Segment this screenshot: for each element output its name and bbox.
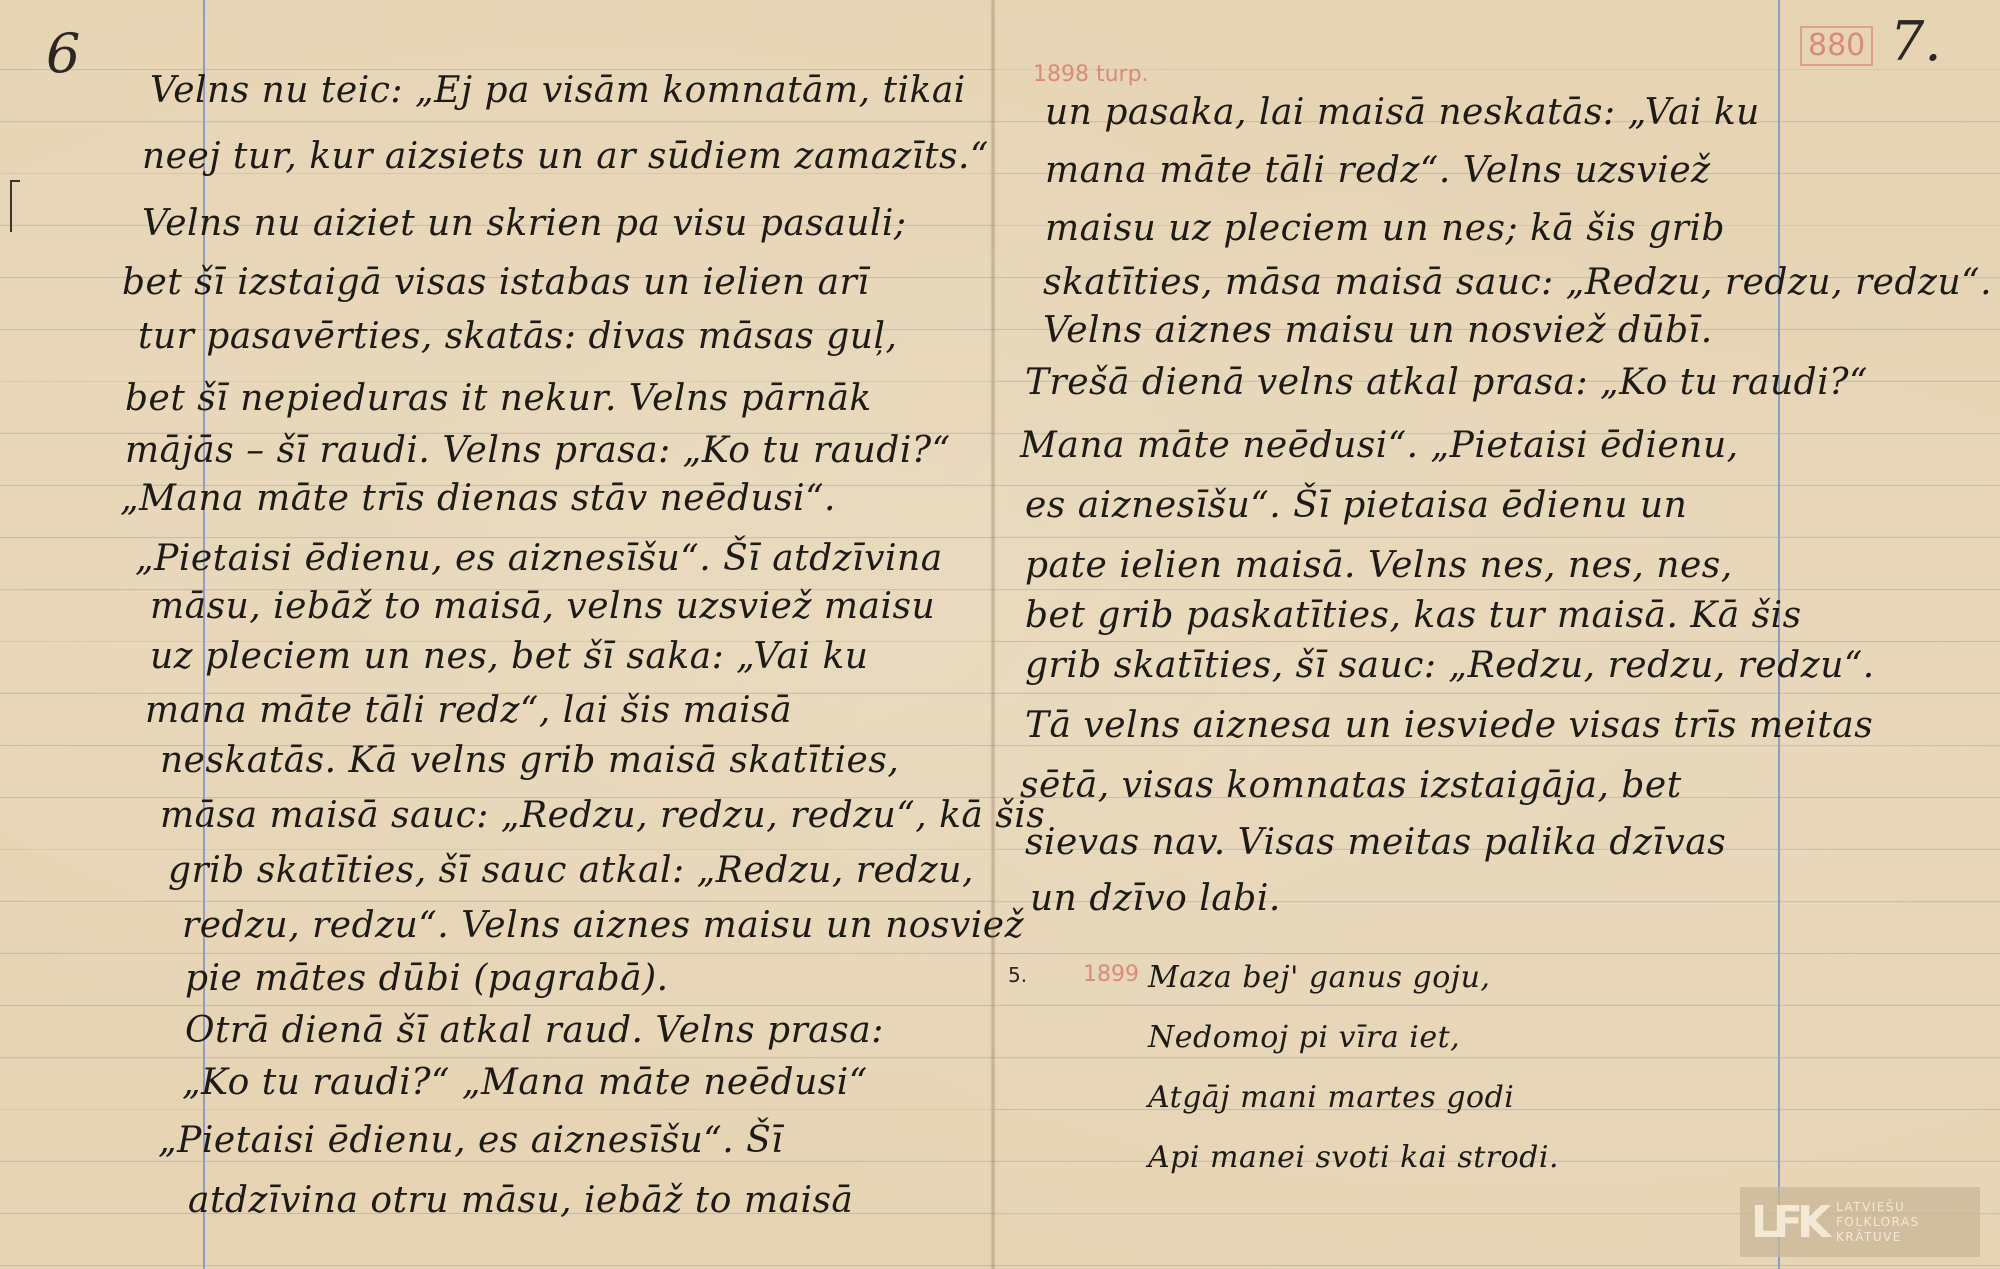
text-line: Velns aiznes maisu un nosviež dūbī. — [1043, 310, 1713, 351]
text-line: pie mātes dūbi (pagrabā). — [185, 958, 669, 999]
text-line: mana māte tāli redz“. Velns uzsviež — [1045, 150, 1711, 191]
watermark-line-3: KRĀTUVE — [1836, 1230, 1920, 1245]
text-line: neskatās. Kā velns grib maisā skatīties, — [160, 740, 899, 781]
text-line: un pasaka, lai maisā neskatās: „Vai ku — [1045, 92, 1760, 133]
watermark-text: LATVIEŠU FOLKLORAS KRĀTUVE — [1836, 1200, 1920, 1245]
text-line: Trešā dienā velns atkal prasa: „Ko tu ra… — [1025, 362, 1868, 403]
verse-line: Nedomoj pi vīra iet, — [1148, 1020, 1460, 1055]
manuscript-spread: 6 Velns nu teic: „Ej pa visām komnatām, … — [0, 0, 2000, 1269]
text-line: redzu, redzu“. Velns aiznes maisu un nos… — [182, 905, 1024, 946]
left-page: 6 Velns nu teic: „Ej pa visām komnatām, … — [0, 0, 995, 1269]
lfk-logo-icon: LFK — [1740, 1187, 1836, 1257]
verse-line: Atgāj mani martes godi — [1148, 1080, 1514, 1115]
text-line: „Ko tu raudi?“ „Mana māte neēdusi“ — [182, 1062, 868, 1103]
archive-number: 880 — [1800, 26, 1873, 66]
archive-watermark: LFK LATVIEŠU FOLKLORAS KRĀTUVE — [1740, 1187, 1980, 1257]
text-line: bet šī nepieduras it nekur. Velns pārnāk — [125, 378, 872, 419]
text-line: uz pleciem un nes, bet šī saka: „Vai ku — [150, 636, 868, 677]
right-page-number: 7. — [1890, 10, 1942, 73]
red-annotation-year: 1898 turp. — [1033, 62, 1149, 87]
text-line: Otrā dienā šī atkal raud. Velns prasa: — [185, 1010, 884, 1051]
text-line: Mana māte neēdusi“. „Pietaisi ēdienu, — [1020, 425, 1739, 466]
verse-line: Api manei svoti kai strodi. — [1148, 1140, 1559, 1175]
text-line: māsa maisā sauc: „Redzu, redzu, redzu“, … — [160, 795, 1045, 836]
text-line: un dzīvo labi. — [1030, 878, 1281, 919]
text-line: mājās – šī raudi. Velns prasa: „Ko tu ra… — [125, 430, 951, 471]
red-annotation-verse-year: 1899 — [1083, 962, 1139, 987]
text-line: māsu, iebāž to maisā, velns uzsviež mais… — [150, 586, 935, 627]
text-line: atdzīvina otru māsu, iebāž to maisā — [188, 1180, 853, 1221]
text-line: maisu uz pleciem un nes; kā šis grib — [1045, 208, 1725, 249]
verse-line: Maza bej' ganus goju, — [1148, 960, 1490, 995]
text-line: skatīties, māsa maisā sauc: „Redzu, redz… — [1043, 262, 1992, 303]
watermark-line-1: LATVIEŠU — [1836, 1200, 1920, 1215]
left-page-number: 6 — [46, 22, 80, 85]
bracket-mark — [10, 180, 20, 232]
text-line: grib skatīties, šī sauc: „Redzu, redzu, … — [1025, 645, 1875, 686]
text-line: „Mana māte trīs dienas stāv neēdusi“. — [120, 478, 836, 519]
watermark-line-2: FOLKLORAS — [1836, 1215, 1920, 1230]
text-line: neej tur, kur aizsiets un ar sūdiem zama… — [142, 136, 989, 177]
text-line: Velns nu aiziet un skrien pa visu pasaul… — [142, 203, 907, 244]
text-line: mana māte tāli redz“, lai šis maisā — [145, 690, 792, 731]
verse-item-number: 5. — [1008, 963, 1027, 987]
text-line: Tā velns aiznesa un iesviede visas trīs … — [1025, 705, 1873, 746]
text-line: tur pasavērties, skatās: divas māsas guļ… — [138, 316, 897, 357]
text-line: „Pietaisi ēdienu, es aiznesīšu“. Šī — [158, 1120, 783, 1161]
text-line: bet grib paskatīties, kas tur maisā. Kā … — [1025, 595, 1802, 636]
text-line: bet šī izstaigā visas istabas un ielien … — [122, 262, 869, 303]
text-line: grib skatīties, šī sauc atkal: „Redzu, r… — [168, 850, 974, 891]
right-page: 880 7. 1898 turp. un pasaka, lai maisā n… — [995, 0, 2000, 1269]
text-line: Velns nu teic: „Ej pa visām komnatām, ti… — [150, 70, 966, 111]
text-line: „Pietaisi ēdienu, es aiznesīšu“. Šī atdz… — [135, 538, 943, 579]
text-line: pate ielien maisā. Velns nes, nes, nes, — [1025, 545, 1733, 586]
text-line: es aiznesīšu“. Šī pietaisa ēdienu un — [1025, 485, 1687, 526]
text-line: sievas nav. Visas meitas palika dzīvas — [1025, 822, 1726, 863]
text-line: sētā, visas komnatas izstaigāja, bet — [1020, 765, 1682, 806]
